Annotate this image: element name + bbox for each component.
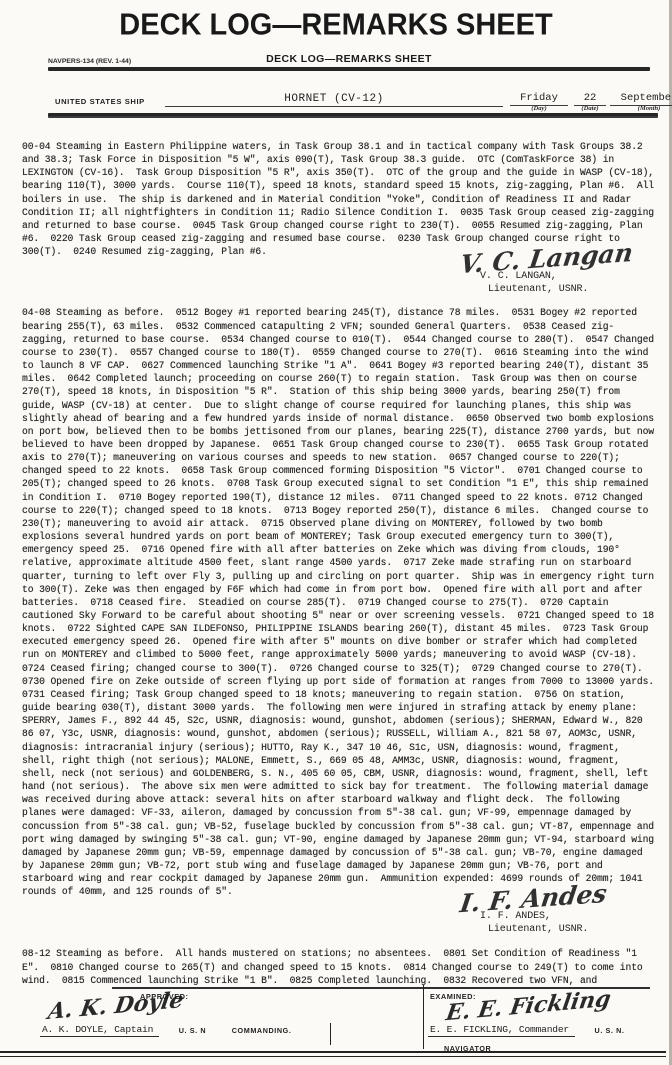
approval-footer: APPROVED: EXAMINED: A. K. Doyle A. K. DO… (0, 985, 672, 1065)
commanding-signature-row: A. K. Doyle A. K. DOYLE, Captain U. S. N… (40, 1019, 415, 1037)
form-header-row: NAVPERS-134 (REV. 1-44) DECK LOG—REMARKS… (48, 52, 650, 65)
log-entry-0004: 00-04 Steaming in Eastern Philippine wat… (22, 140, 655, 258)
date-date-field: 22(Date) (574, 92, 606, 106)
signature-block-0408: I. F. Andes I. F. ANDES, Lieutenant, USN… (474, 898, 655, 942)
header-rule (48, 67, 650, 71)
fickling-typed-name: E. E. FICKLING, Commander (428, 1024, 575, 1037)
date-block: Friday(Day) 22(Date) September(Month) , … (510, 87, 658, 113)
commanding-service-label: U. S. N (179, 1026, 206, 1037)
page-title: DECK LOG—REMARKS SHEET (0, 0, 672, 43)
doyle-handwritten-signature: A. K. Doyle (46, 987, 185, 1025)
bottom-double-rule (0, 1051, 666, 1057)
navigator-signature-row: E. E. Fickling E. E. FICKLING, Commander… (428, 1019, 666, 1037)
date-day-field: Friday(Day) (510, 92, 568, 106)
date-date-label: (Date) (574, 105, 606, 112)
signature-block-0004: V. C. Langan V. C. LANGAN, Lieutenant, U… (474, 258, 655, 302)
navigator-service-label: U. S. N. (595, 1026, 625, 1037)
ship-name-field: HORNET (CV-12) (165, 93, 503, 107)
date-month-field: September(Month) (610, 92, 672, 106)
langan-typed-name: V. C. LANGAN, (480, 271, 557, 282)
langan-rank: Lieutenant, USNR. (488, 284, 588, 295)
form-subtitle: DECK LOG—REMARKS SHEET (48, 53, 650, 65)
footer-divider-line (423, 985, 424, 1049)
log-body: 00-04 Steaming in Eastern Philippine wat… (22, 140, 655, 987)
deck-log-remarks-sheet: DECK LOG—REMARKS SHEET NAVPERS-134 (REV.… (0, 0, 672, 1065)
log-entry-0812: 08-12 Steaming as before. All hands must… (22, 947, 655, 986)
andes-typed-name: I. F. ANDES, (480, 911, 551, 922)
date-month-label: (Month) (610, 105, 672, 112)
commanding-role-label: COMMANDING. (232, 1026, 292, 1037)
log-entry-0408: 04-08 Steaming as before. 0512 Bogey #1 … (22, 306, 655, 898)
ship-date-row: UNITED STATES SHIP HORNET (CV-12) Friday… (55, 87, 658, 113)
date-day-value: Friday (520, 92, 558, 104)
ship-label: UNITED STATES SHIP (55, 97, 145, 106)
date-date-value: 22 (584, 92, 597, 104)
date-month-value: September (621, 92, 672, 104)
doyle-typed-name: A. K. DOYLE, Captain (40, 1024, 159, 1037)
date-day-label: (Day) (510, 105, 568, 112)
ship-row-rule (48, 113, 658, 116)
andes-rank: Lieutenant, USNR. (488, 924, 588, 935)
